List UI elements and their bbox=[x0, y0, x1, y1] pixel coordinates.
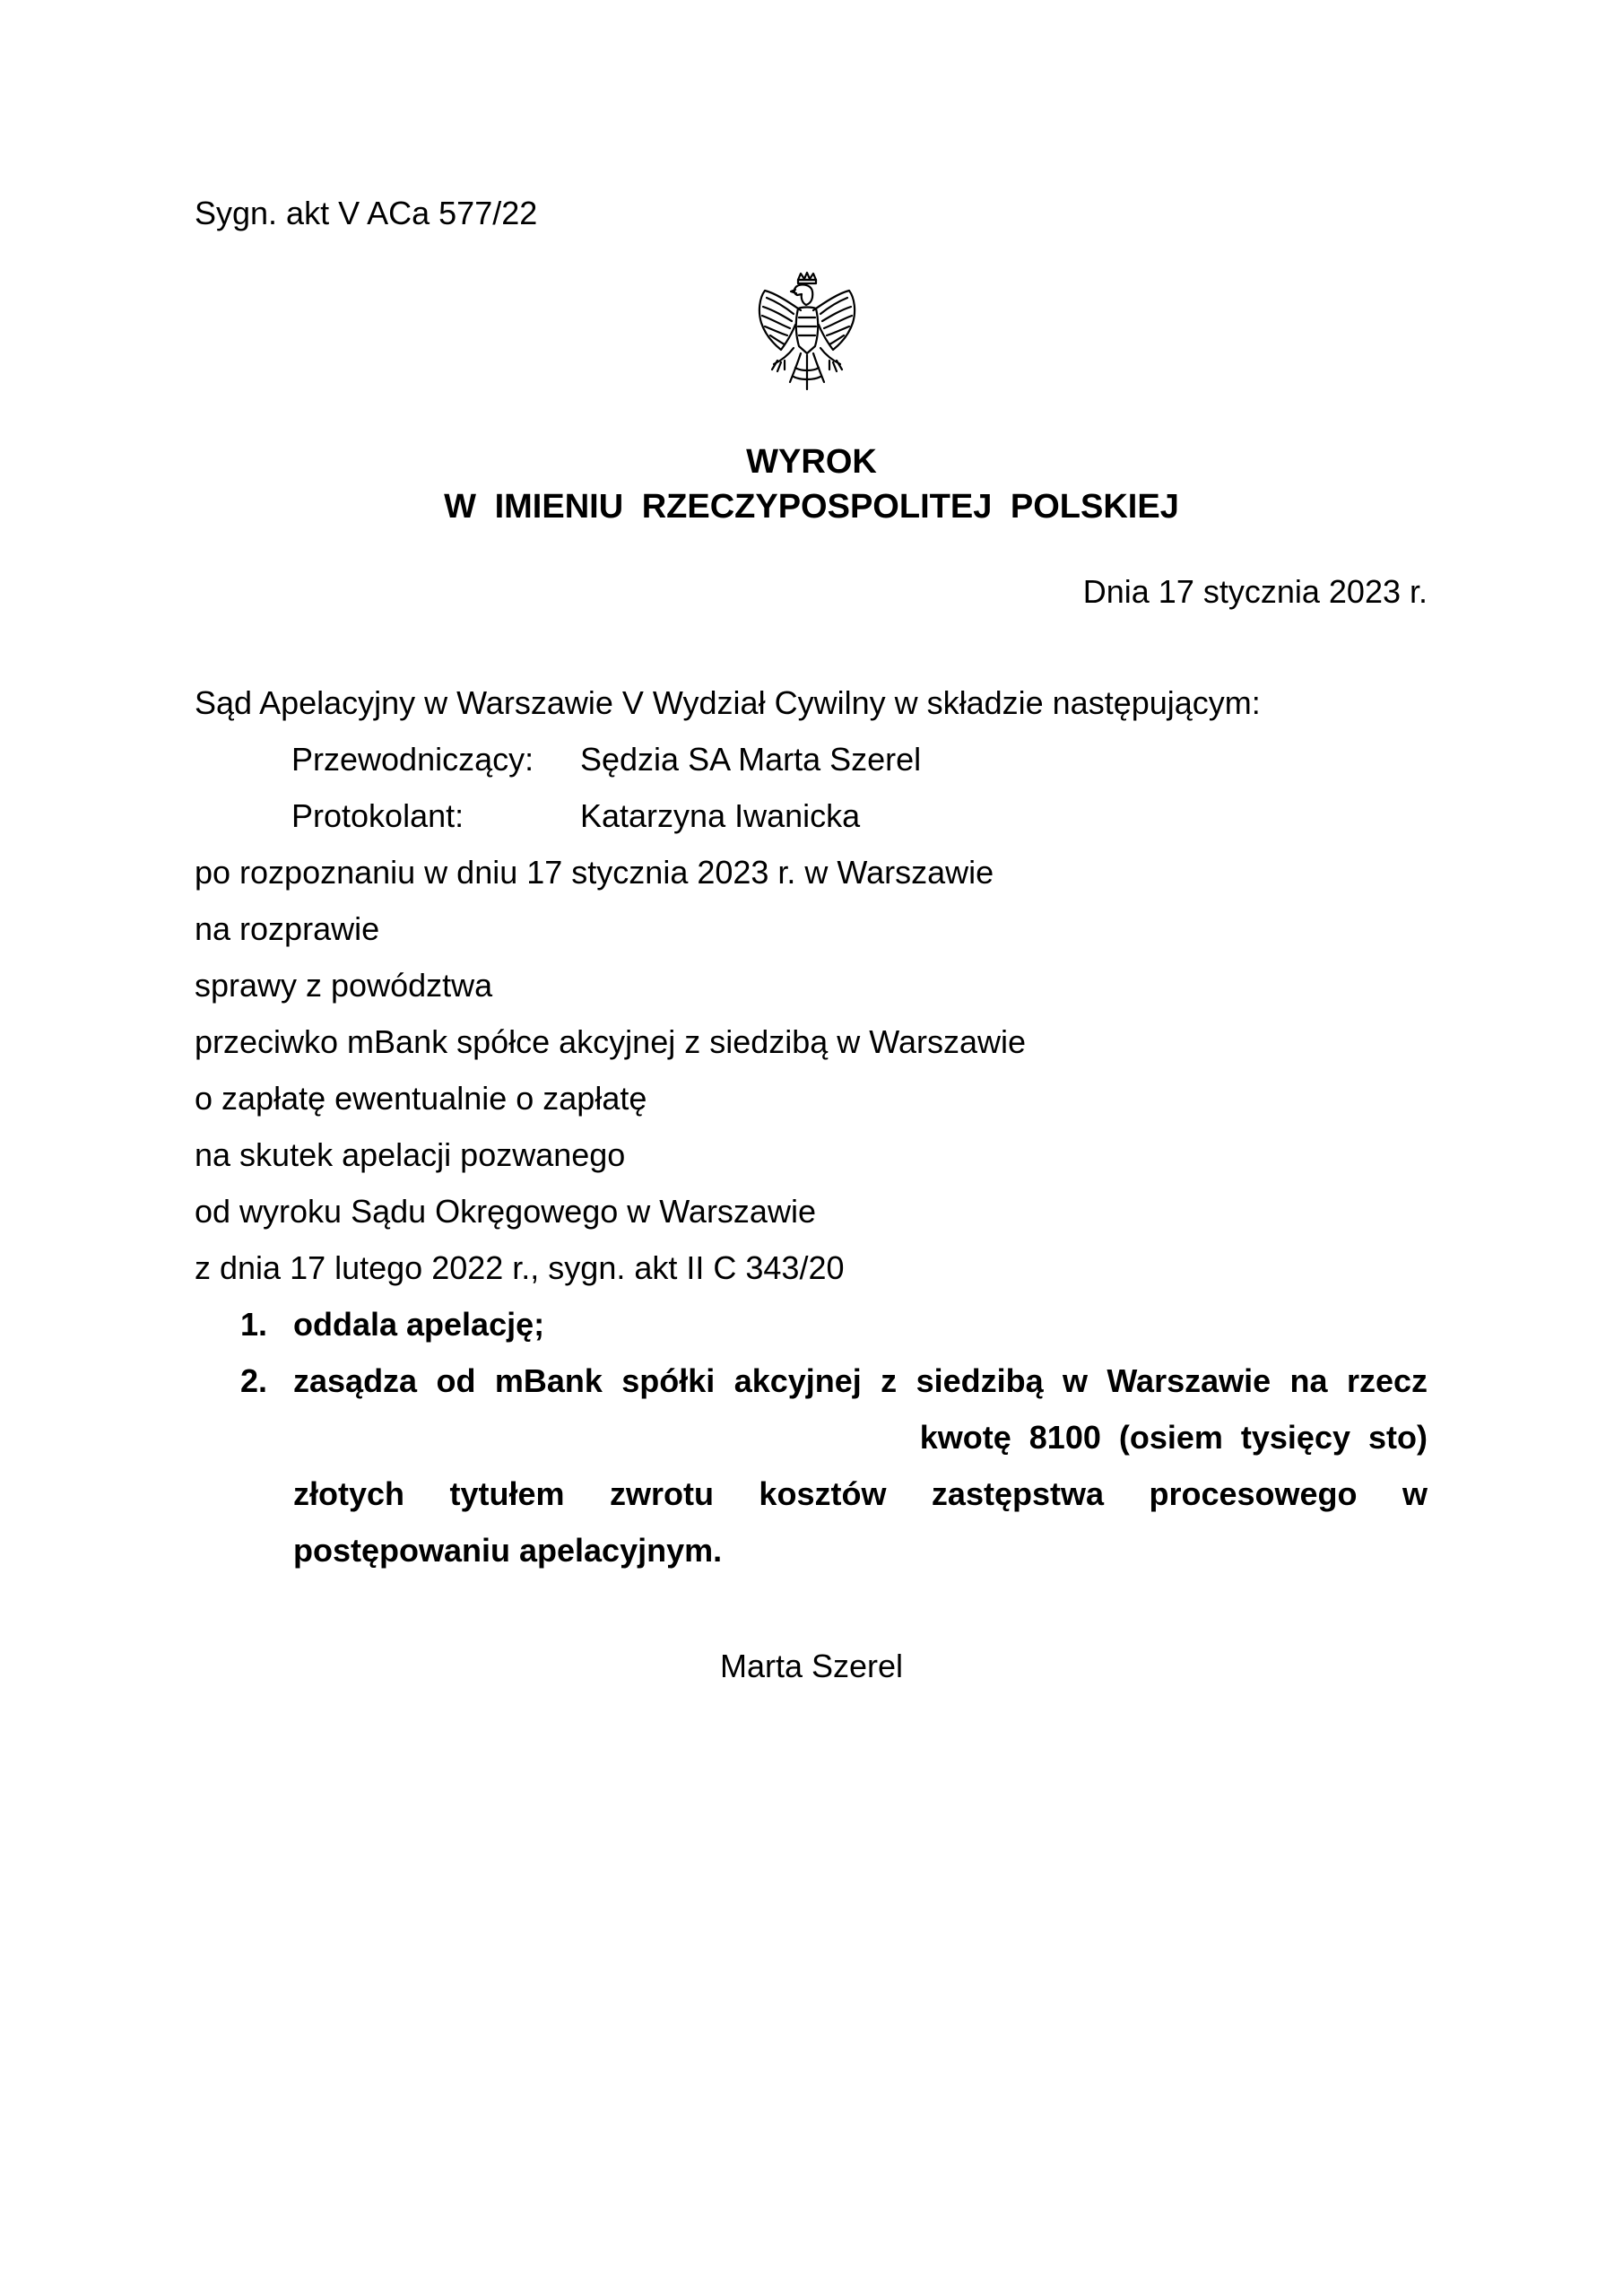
ruling-text: kwotę 8100 (osiem tysięcy sto) bbox=[293, 1422, 1428, 1454]
document-title: WYROK bbox=[0, 445, 1623, 479]
body-line: po rozpoznaniu w dniu 17 stycznia 2023 r… bbox=[195, 857, 994, 889]
document-subtitle: W IMIENIU RZECZYPOSPOLITEJ POLSKIEJ bbox=[0, 490, 1623, 524]
ruling-text: oddala apelację; bbox=[293, 1309, 544, 1341]
ruling-text: złotych tytułem zwrotu kosztów zastępstw… bbox=[293, 1478, 1428, 1510]
body-line: o zapłatę ewentualnie o zapłatę bbox=[195, 1083, 647, 1115]
presiding-judge-name: Sędzia SA Marta Szerel bbox=[580, 744, 921, 776]
judgment-date: Dnia 17 stycznia 2023 r. bbox=[1083, 576, 1428, 608]
presiding-judge-label: Przewodniczący: bbox=[291, 744, 534, 776]
ruling-number: 1. bbox=[240, 1309, 267, 1341]
body-line: z dnia 17 lutego 2022 r., sygn. akt II C… bbox=[195, 1252, 844, 1284]
body-line: na skutek apelacji pozwanego bbox=[195, 1139, 625, 1171]
court-reporter-label: Protokolant: bbox=[291, 800, 464, 832]
court-reporter-name: Katarzyna Iwanicka bbox=[580, 800, 860, 832]
signer-name: Marta Szerel bbox=[0, 1650, 1623, 1683]
body-line: sprawy z powództwa bbox=[195, 970, 492, 1002]
case-number: Sygn. akt V ACa 577/22 bbox=[195, 197, 537, 230]
body-line: na rozprawie bbox=[195, 913, 379, 945]
body-line: od wyroku Sądu Okręgowego w Warszawie bbox=[195, 1196, 816, 1228]
court-composition-line: Sąd Apelacyjny w Warszawie V Wydział Cyw… bbox=[195, 687, 1261, 719]
ruling-text: postępowaniu apelacyjnym. bbox=[293, 1535, 722, 1567]
body-line: przeciwko mBank spółce akcyjnej z siedzi… bbox=[195, 1026, 1026, 1058]
polish-eagle-emblem-icon bbox=[749, 271, 865, 396]
ruling-text: zasądza od mBank spółki akcyjnej z siedz… bbox=[293, 1365, 1428, 1397]
ruling-number: 2. bbox=[240, 1365, 267, 1397]
